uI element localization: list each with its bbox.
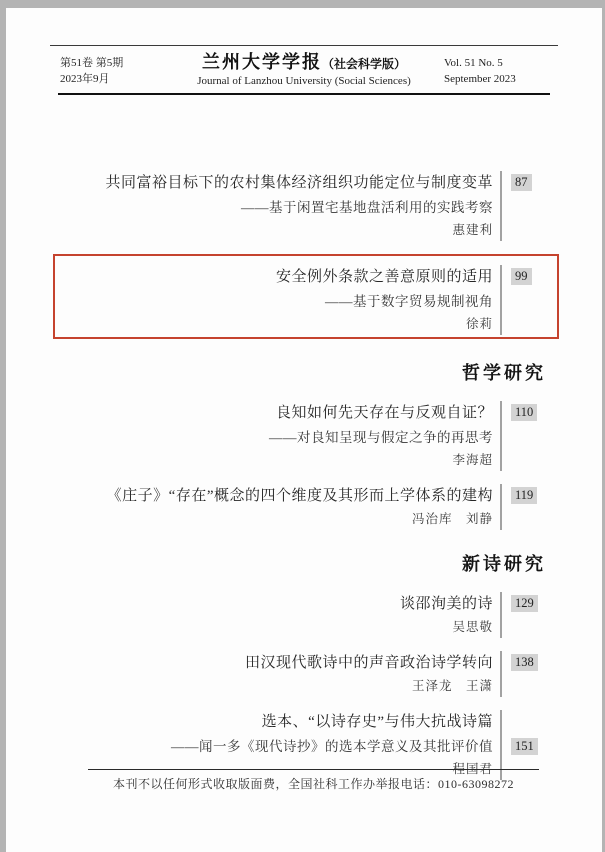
entry-title: 田汉现代歌诗中的声音政治诗学转向 (62, 651, 493, 676)
page-number-column: 129 (502, 592, 546, 638)
entry-text: 《庄子》“存在”概念的四个维度及其形而上学体系的建构 冯治库 刘静 (62, 484, 500, 530)
entry-title: 谈邵洵美的诗 (62, 592, 493, 617)
entry-text: 安全例外条款之善意原则的适用 ——基于数字贸易规制视角 徐莉 (60, 265, 500, 335)
entry-text: 谈邵洵美的诗 吴思敬 (62, 592, 500, 638)
volume-issue-cn: 第51卷 第5期 (60, 55, 178, 71)
page-number-column: 138 (502, 651, 546, 697)
entry-title: 选本、“以诗存史”与伟大抗战诗篇 (62, 710, 493, 735)
journal-title-en: Journal of Lanzhou University (Social Sc… (178, 74, 430, 89)
page-number-badge: 129 (511, 595, 538, 612)
page-number-badge: 99 (511, 268, 532, 285)
date-cn: 2023年9月 (60, 71, 178, 87)
date-en: September 2023 (444, 71, 548, 87)
toc-entry: 良知如何先天存在与反观自证？ ——对良知呈现与假定之争的再思考 李海超 110 (62, 401, 546, 471)
footer-note: 本刊不以任何形式收取版面费，全国社科工作办举报电话：010-63098272 (88, 775, 539, 792)
entry-subtitle: ——基于闲置宅基地盘活利用的实践考察 (62, 196, 493, 220)
toc-entry: 安全例外条款之善意原则的适用 ——基于数字贸易规制视角 徐莉 99 (60, 265, 546, 335)
entry-subtitle: ——闻一多《现代诗抄》的选本学意义及其批评价值 (62, 735, 493, 759)
entry-text: 田汉现代歌诗中的声音政治诗学转向 王泽龙 王潇 (62, 651, 500, 697)
entry-title: 《庄子》“存在”概念的四个维度及其形而上学体系的建构 (62, 484, 493, 509)
entry-title: 良知如何先天存在与反观自证？ (62, 401, 493, 426)
journal-title-block: 兰州大学学报（社会科学版） Journal of Lanzhou Univers… (178, 52, 430, 89)
page-number-badge: 119 (511, 487, 537, 504)
table-of-contents: 共同富裕目标下的农村集体经济组织功能定位与制度变革 ——基于闲置宅基地盘活利用的… (62, 171, 546, 780)
entry-title: 共同富裕目标下的农村集体经济组织功能定位与制度变革 (62, 171, 493, 196)
page-number-column: 119 (502, 484, 546, 530)
page-number-column: 99 (502, 265, 546, 335)
scanned-journal-page: { "header": { "left_line1": "第51卷 第5期", … (0, 0, 605, 852)
entry-text: 共同富裕目标下的农村集体经济组织功能定位与制度变革 ——基于闲置宅基地盘活利用的… (62, 171, 500, 241)
toc-entry: 田汉现代歌诗中的声音政治诗学转向 王泽龙 王潇 138 (62, 651, 546, 697)
page-number-badge: 151 (511, 738, 538, 755)
entry-subtitle: ——基于数字贸易规制视角 (60, 290, 493, 314)
section-heading-new-poetry: 新诗研究 (62, 550, 546, 576)
toc-entry: 谈邵洵美的诗 吴思敬 129 (62, 592, 546, 638)
page-number-column: 87 (502, 171, 546, 241)
volume-issue-en: Vol. 51 No. 5 (444, 55, 548, 71)
entry-authors: 李海超 (62, 450, 493, 471)
highlight-annotation-box: 安全例外条款之善意原则的适用 ——基于数字贸易规制视角 徐莉 99 (53, 254, 559, 339)
page-number-column: 110 (502, 401, 546, 471)
section-heading-philosophy: 哲学研究 (62, 359, 546, 385)
header-issue-info-en: Vol. 51 No. 5 September 2023 (430, 55, 548, 87)
entry-authors: 吴思敬 (62, 617, 493, 638)
page-footer: 本刊不以任何形式收取版面费，全国社科工作办举报电话：010-63098272 (88, 769, 539, 792)
header-issue-info: 第51卷 第5期 2023年9月 (60, 55, 178, 87)
journal-title-cn-suffix: （社会科学版） (322, 57, 406, 71)
journal-title-cn-main: 兰州大学学报 (202, 52, 322, 72)
entry-authors: 冯治库 刘静 (62, 509, 493, 530)
entry-subtitle: ——对良知呈现与假定之争的再思考 (62, 426, 493, 450)
entry-text: 良知如何先天存在与反观自证？ ——对良知呈现与假定之争的再思考 李海超 (62, 401, 500, 471)
journal-header: 第51卷 第5期 2023年9月 兰州大学学报（社会科学版） Journal o… (58, 46, 550, 95)
journal-title-cn: 兰州大学学报（社会科学版） (178, 52, 430, 74)
page-number-badge: 138 (511, 654, 538, 671)
entry-authors: 惠建利 (62, 220, 493, 241)
page: 第51卷 第5期 2023年9月 兰州大学学报（社会科学版） Journal o… (6, 8, 602, 852)
page-number-badge: 110 (511, 404, 537, 421)
entry-authors: 徐莉 (60, 314, 493, 335)
entry-title: 安全例外条款之善意原则的适用 (60, 265, 493, 290)
entry-authors: 王泽龙 王潇 (62, 676, 493, 697)
toc-entry: 共同富裕目标下的农村集体经济组织功能定位与制度变革 ——基于闲置宅基地盘活利用的… (62, 171, 546, 241)
toc-entry: 《庄子》“存在”概念的四个维度及其形而上学体系的建构 冯治库 刘静 119 (62, 484, 546, 530)
page-number-badge: 87 (511, 174, 532, 191)
